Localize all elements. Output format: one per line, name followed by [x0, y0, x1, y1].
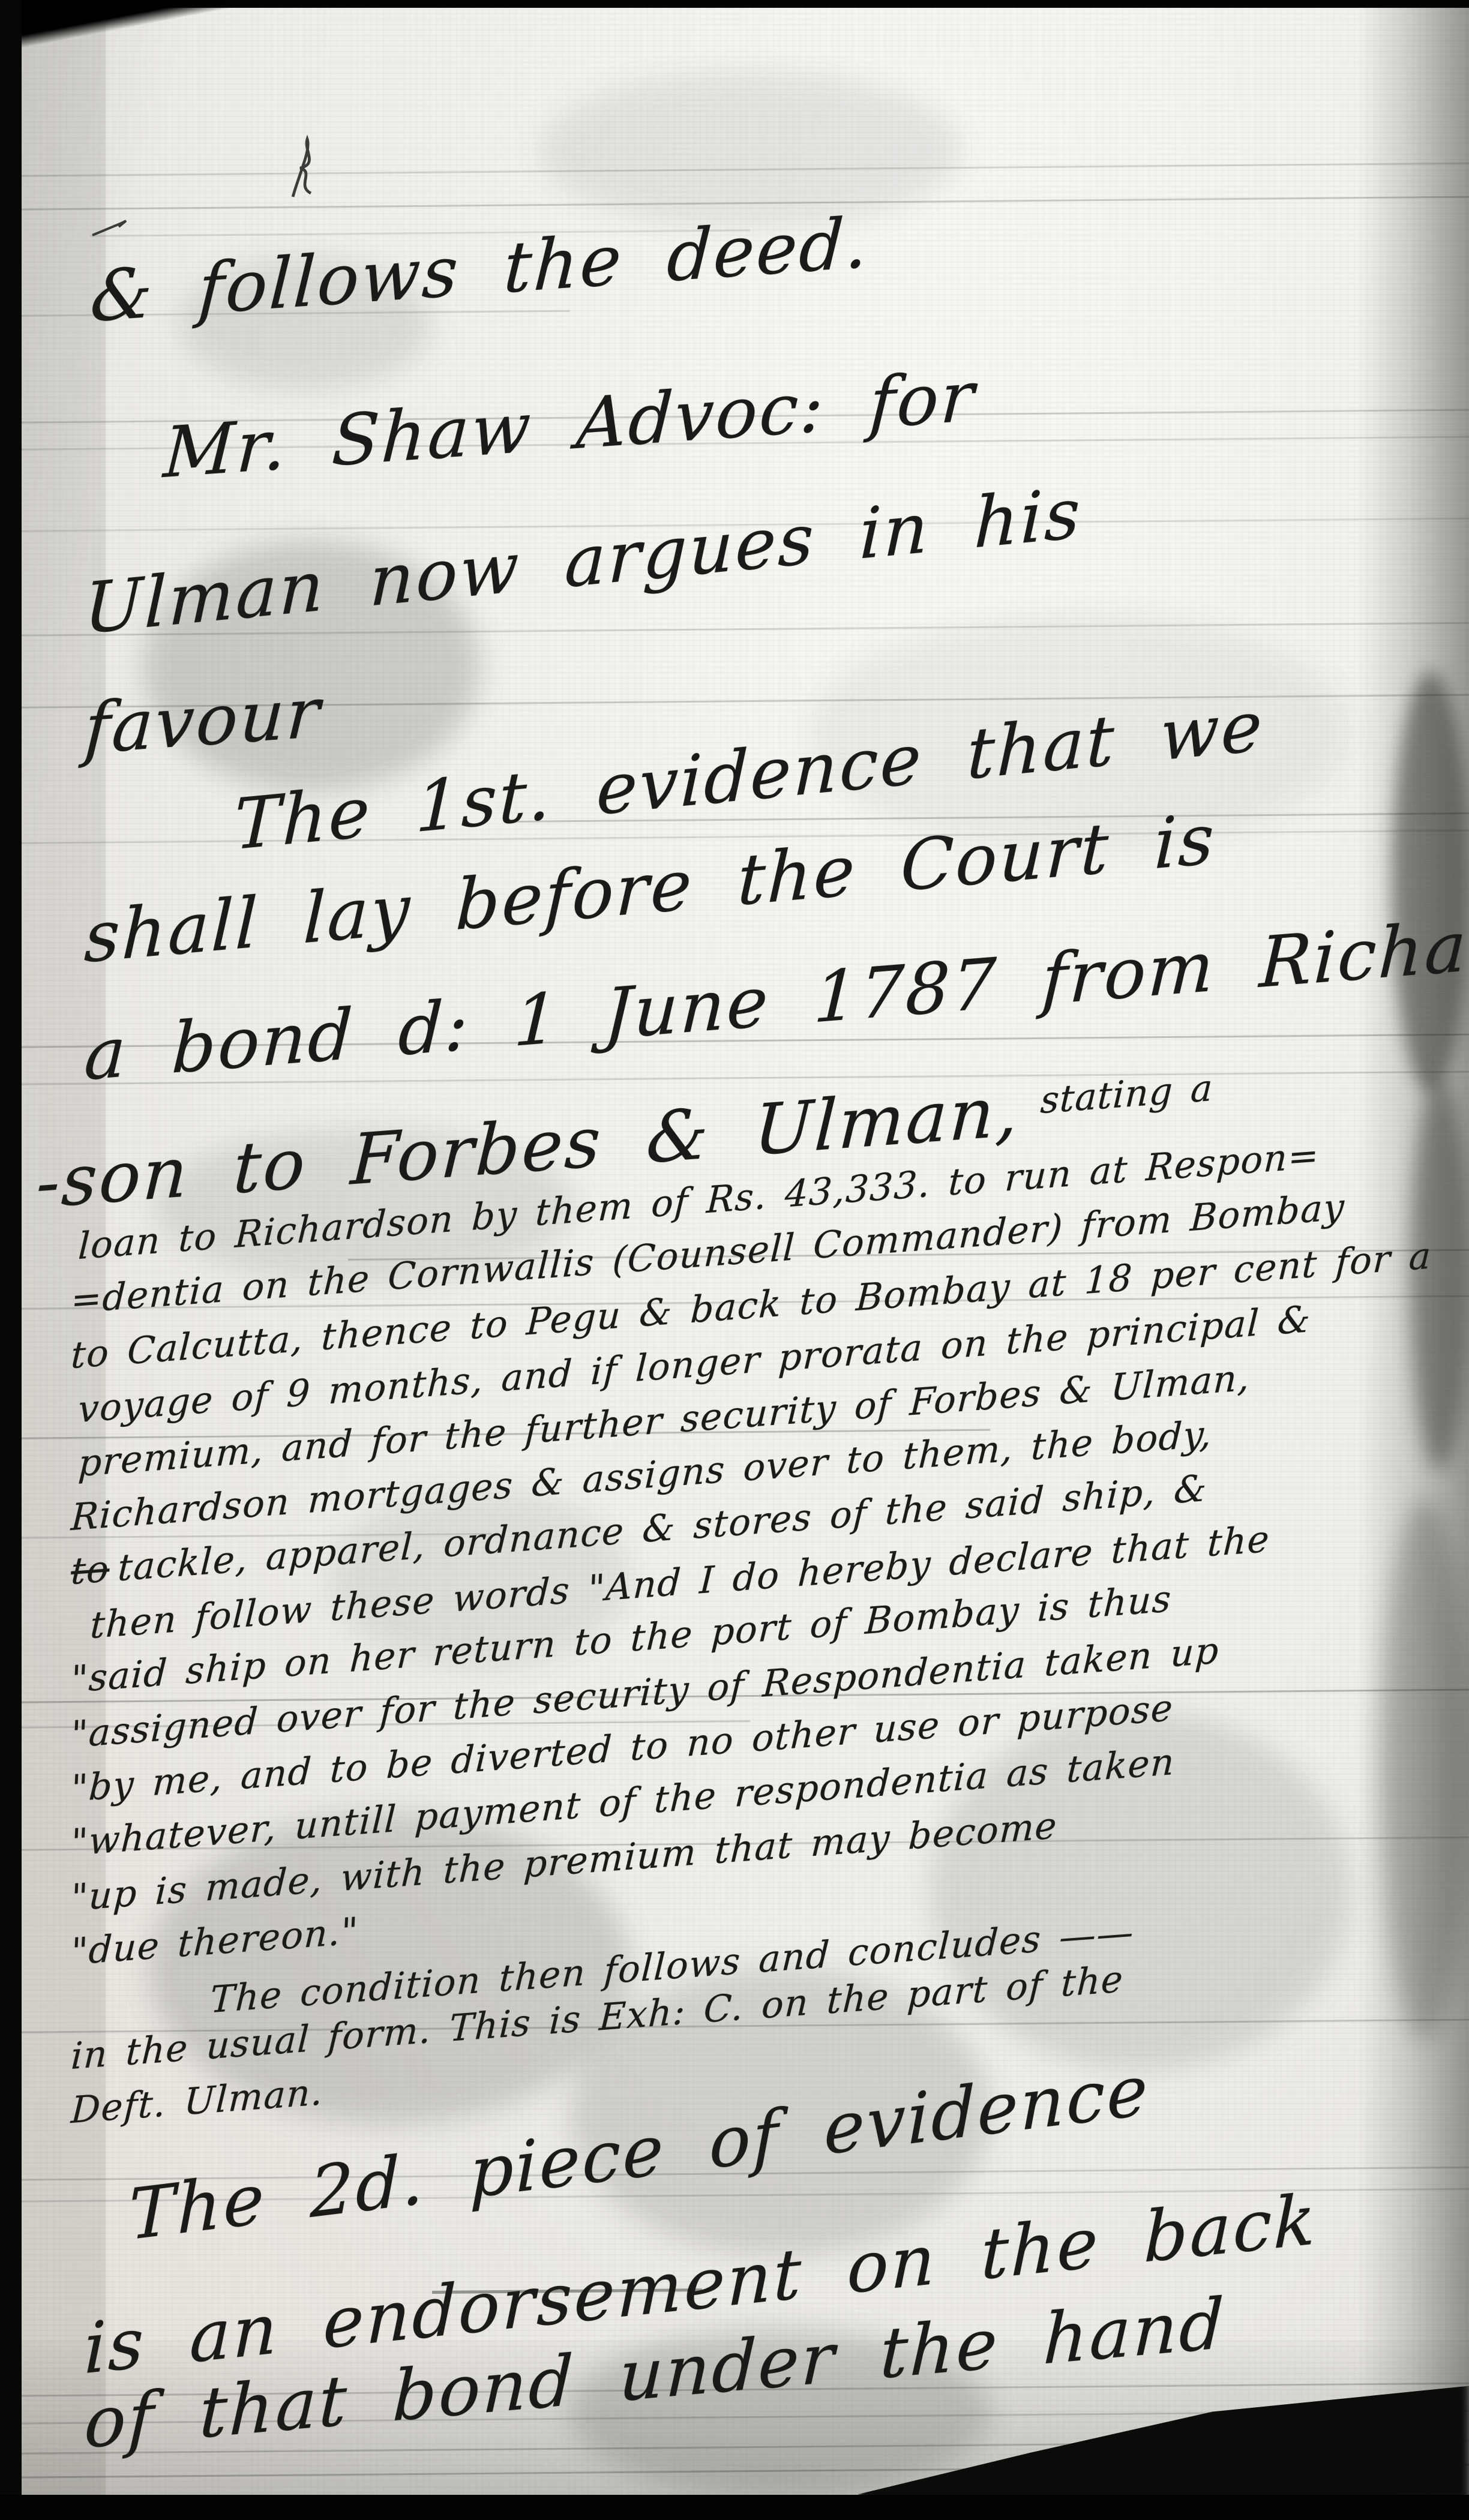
bottom-scan-edge [0, 2495, 1469, 2520]
manuscript-line-24: Deft. Ulman. [70, 2071, 325, 2132]
scan-page: & follows the deed. Mr. Shaw Advoc: for … [0, 0, 1469, 2520]
manuscript-line-3: favour [82, 672, 323, 770]
right-gutter-shadow [1358, 0, 1469, 2520]
ink-smudge [540, 72, 960, 228]
pencil-scribble [282, 132, 336, 204]
left-scan-edge [0, 0, 22, 2520]
top-left-corner-shadow [0, 0, 258, 49]
manuscript-line-0: & follows the deed. [88, 202, 871, 338]
line-7-side-note: stating a [1039, 1067, 1214, 1123]
manuscript-line-2: Ulman now argues in his [83, 472, 1083, 650]
left-margin-shadow [22, 0, 106, 2520]
